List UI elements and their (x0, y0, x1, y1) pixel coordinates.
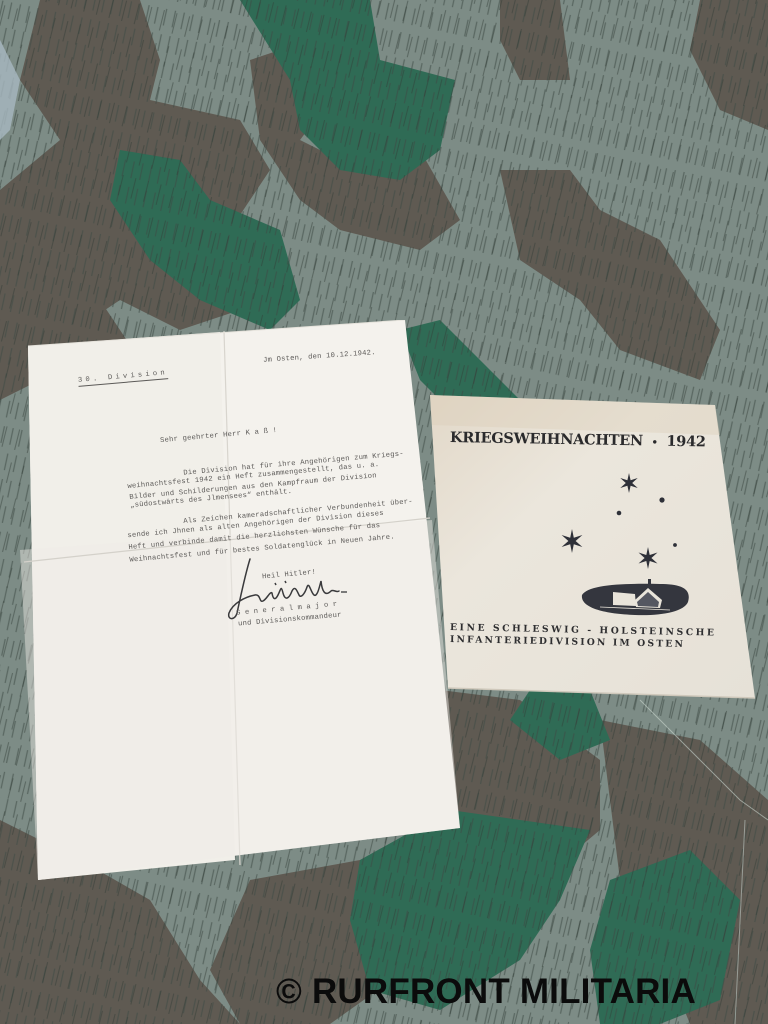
farmhouse-icon (582, 579, 689, 615)
copyright-icon: © (276, 972, 302, 1011)
christmas-booklet: KRIEGSWEIHNACHTEN • 1942 (430, 380, 768, 710)
copyright-watermark: © RURFRONT MILITARIA (276, 972, 696, 1012)
typed-letter: Jm Osten, den 10.12.1942. 30. Division S… (20, 320, 460, 880)
watermark-text: RURFRONT MILITARIA (312, 972, 696, 1011)
star-illustration (430, 380, 768, 710)
star-icon (562, 473, 677, 569)
